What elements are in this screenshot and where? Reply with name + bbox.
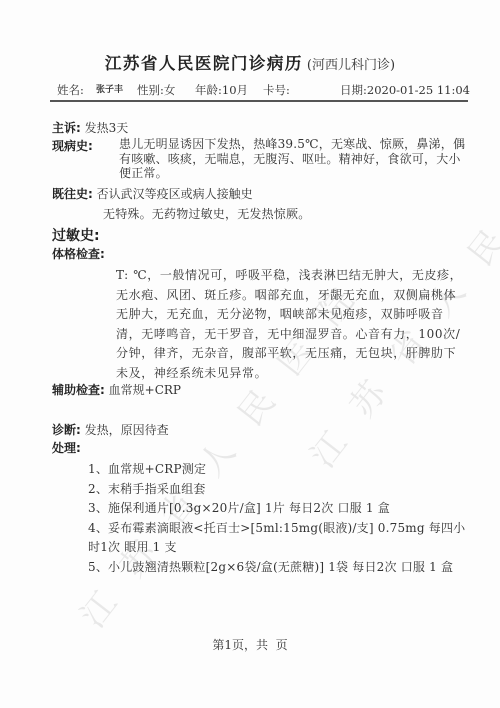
present-illness-label-wrap: 现病史: bbox=[52, 137, 93, 154]
treatment-label: 处理: bbox=[52, 441, 81, 455]
treatment-label-wrap: 处理: bbox=[52, 439, 81, 456]
allergy-history: 过敏史: bbox=[52, 225, 100, 245]
past-history-label: 既往史: bbox=[52, 187, 93, 201]
chief-complaint: 主诉: 发热3天 bbox=[52, 119, 128, 136]
past-history-value: 否认武汉等疫区或病人接触史 bbox=[97, 187, 253, 201]
treatment-item: 2、末稍手指采血组套 bbox=[88, 480, 468, 500]
treatment-item: 4、妥布霉素滴眼液<托百士>[5ml:15mg(眼液)/支] 0.75mg 每四… bbox=[88, 519, 468, 558]
gender-field: 性别:女 bbox=[137, 82, 175, 98]
chief-complaint-label: 主诉: bbox=[52, 121, 81, 135]
header-divider bbox=[50, 100, 468, 102]
clinic-subtitle: (河西儿科门诊) bbox=[307, 58, 395, 73]
auxiliary-exam-label: 辅助检查: bbox=[52, 383, 105, 397]
present-illness-label: 现病史: bbox=[52, 139, 93, 153]
treatment-item: 3、施保利通片[0.3g×20片/盒] 1片 每日2次 口服 1 盒 bbox=[88, 499, 468, 519]
patient-name: 张子丰 bbox=[96, 82, 123, 95]
age-field: 年龄:10月 bbox=[195, 82, 248, 98]
patient-info-row: 姓名: 张子丰 性别:女 年龄:10月 卡号: 日期:2020-01-25 11… bbox=[50, 82, 470, 102]
treatment-item: 5、小儿豉翘清热颗粒[2g×6袋/盒(无蔗糖)] 1袋 每日2次 口服 1 盒 bbox=[88, 558, 468, 578]
document-title: 江苏省人民医院门诊病历(河西儿科门诊) bbox=[0, 50, 500, 74]
physical-exam-label-wrap: 体格检查: bbox=[52, 245, 105, 262]
auxiliary-exam-value: 血常规+CRP bbox=[109, 383, 181, 397]
hospital-record-title: 江苏省人民医院门诊病历 bbox=[105, 54, 303, 73]
diagnosis-label: 诊断: bbox=[52, 423, 81, 437]
name-label: 姓名: bbox=[57, 82, 84, 98]
auxiliary-exam: 辅助检查: 血常规+CRP bbox=[52, 381, 181, 398]
present-illness-value: 患儿无明显诱因下发热，热峰39.5℃，无寒战、惊厥，鼻涕，偶有咳嗽、咳痰，无喘息… bbox=[119, 137, 469, 181]
chief-complaint-value: 发热3天 bbox=[85, 121, 129, 135]
diagnosis-value: 发热，原因待查 bbox=[85, 423, 169, 437]
allergy-history-label: 过敏史: bbox=[52, 228, 100, 244]
physical-exam-label: 体格检查: bbox=[52, 247, 105, 261]
treatment-item: 1、血常规+CRP测定 bbox=[88, 460, 468, 480]
past-history-value-2: 无特殊。无药物过敏史，无发热惊厥。 bbox=[103, 207, 310, 222]
medical-record-page: 江苏省人民医院 江苏省人民医院 江苏省人民医院门诊病历(河西儿科门诊) 姓名: … bbox=[0, 0, 500, 708]
treatment-list: 1、血常规+CRP测定 2、末稍手指采血组套 3、施保利通片[0.3g×20片/… bbox=[88, 460, 468, 577]
visit-date: 日期:2020-01-25 11:04 bbox=[340, 82, 470, 98]
diagnosis: 诊断: 发热，原因待查 bbox=[52, 421, 169, 438]
page-number: 第1页，共 页 bbox=[0, 636, 500, 653]
card-number-field: 卡号: bbox=[263, 82, 290, 98]
past-history: 既往史: 否认武汉等疫区或病人接触史 bbox=[52, 185, 253, 202]
physical-exam-value: T: ℃，一般情况可，呼吸平稳，浅表淋巴结无肿大，无皮疹，无水疱、风团、斑丘疹。… bbox=[116, 266, 466, 383]
